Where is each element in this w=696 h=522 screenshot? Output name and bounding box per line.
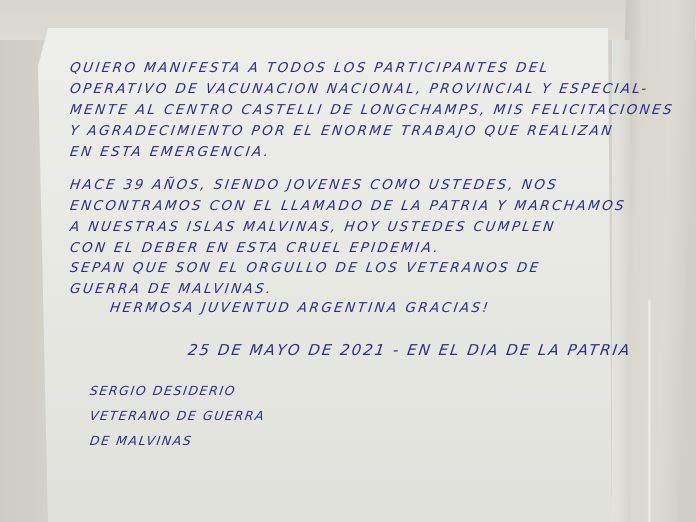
text-line: OPERATIVO DE VACUNACION NACIONAL, PROVIN… — [69, 79, 676, 100]
paragraph-pride: SEPAN QUE SON EL ORGULLO DE LOS VETERANO… — [70, 258, 540, 300]
text-line: Y AGRADECIMIENTO POR EL ENORME TRABAJO Q… — [69, 121, 676, 142]
text-line: HERMOSA JUVENTUD ARGENTINA GRACIAS! — [109, 298, 492, 319]
text-line: CON EL DEBER EN ESTA CRUEL EPIDEMIA. — [69, 238, 628, 259]
paragraph-gratitude: QUIERO MANIFESTA A TODOS LOS PARTICIPANT… — [70, 58, 674, 163]
paragraph-malvinas-memory: HACE 39 AÑOS, SIENDO JOVENES COMO USTEDE… — [70, 175, 626, 259]
date-line: 25 DE MAYO DE 2021 - EN EL DIA DE LA PAT… — [188, 340, 631, 361]
folder-edge-highlight — [648, 300, 651, 522]
text-line: EN ESTA EMERGENCIA. — [69, 142, 676, 163]
text-line: GUERRA DE MALVINAS. — [69, 279, 542, 300]
text-line: MENTE AL CENTRO CASTELLI DE LONGCHAMPS, … — [69, 100, 676, 121]
text-line: A NUESTRAS ISLAS MALVINAS, HOY USTEDES C… — [69, 217, 628, 238]
closing-line: HERMOSA JUVENTUD ARGENTINA GRACIAS! — [110, 298, 490, 319]
text-line: ENCONTRAMOS CON EL LLAMADO DE LA PATRIA … — [69, 196, 628, 217]
signature-name: SERGIO DESIDERIO — [88, 378, 267, 403]
signature-title: VETERANO DE GUERRA — [88, 403, 267, 428]
text-line: HACE 39 AÑOS, SIENDO JOVENES COMO USTEDE… — [69, 175, 628, 196]
signature-block: SERGIO DESIDERIO VETERANO DE GUERRA DE M… — [90, 378, 265, 453]
text-line: QUIERO MANIFESTA A TODOS LOS PARTICIPANT… — [69, 58, 676, 79]
signature-title: DE MALVINAS — [88, 428, 267, 453]
text-line: 25 DE MAYO DE 2021 - EN EL DIA DE LA PAT… — [187, 340, 633, 361]
text-line: SEPAN QUE SON EL ORGULLO DE LOS VETERANO… — [69, 258, 542, 279]
